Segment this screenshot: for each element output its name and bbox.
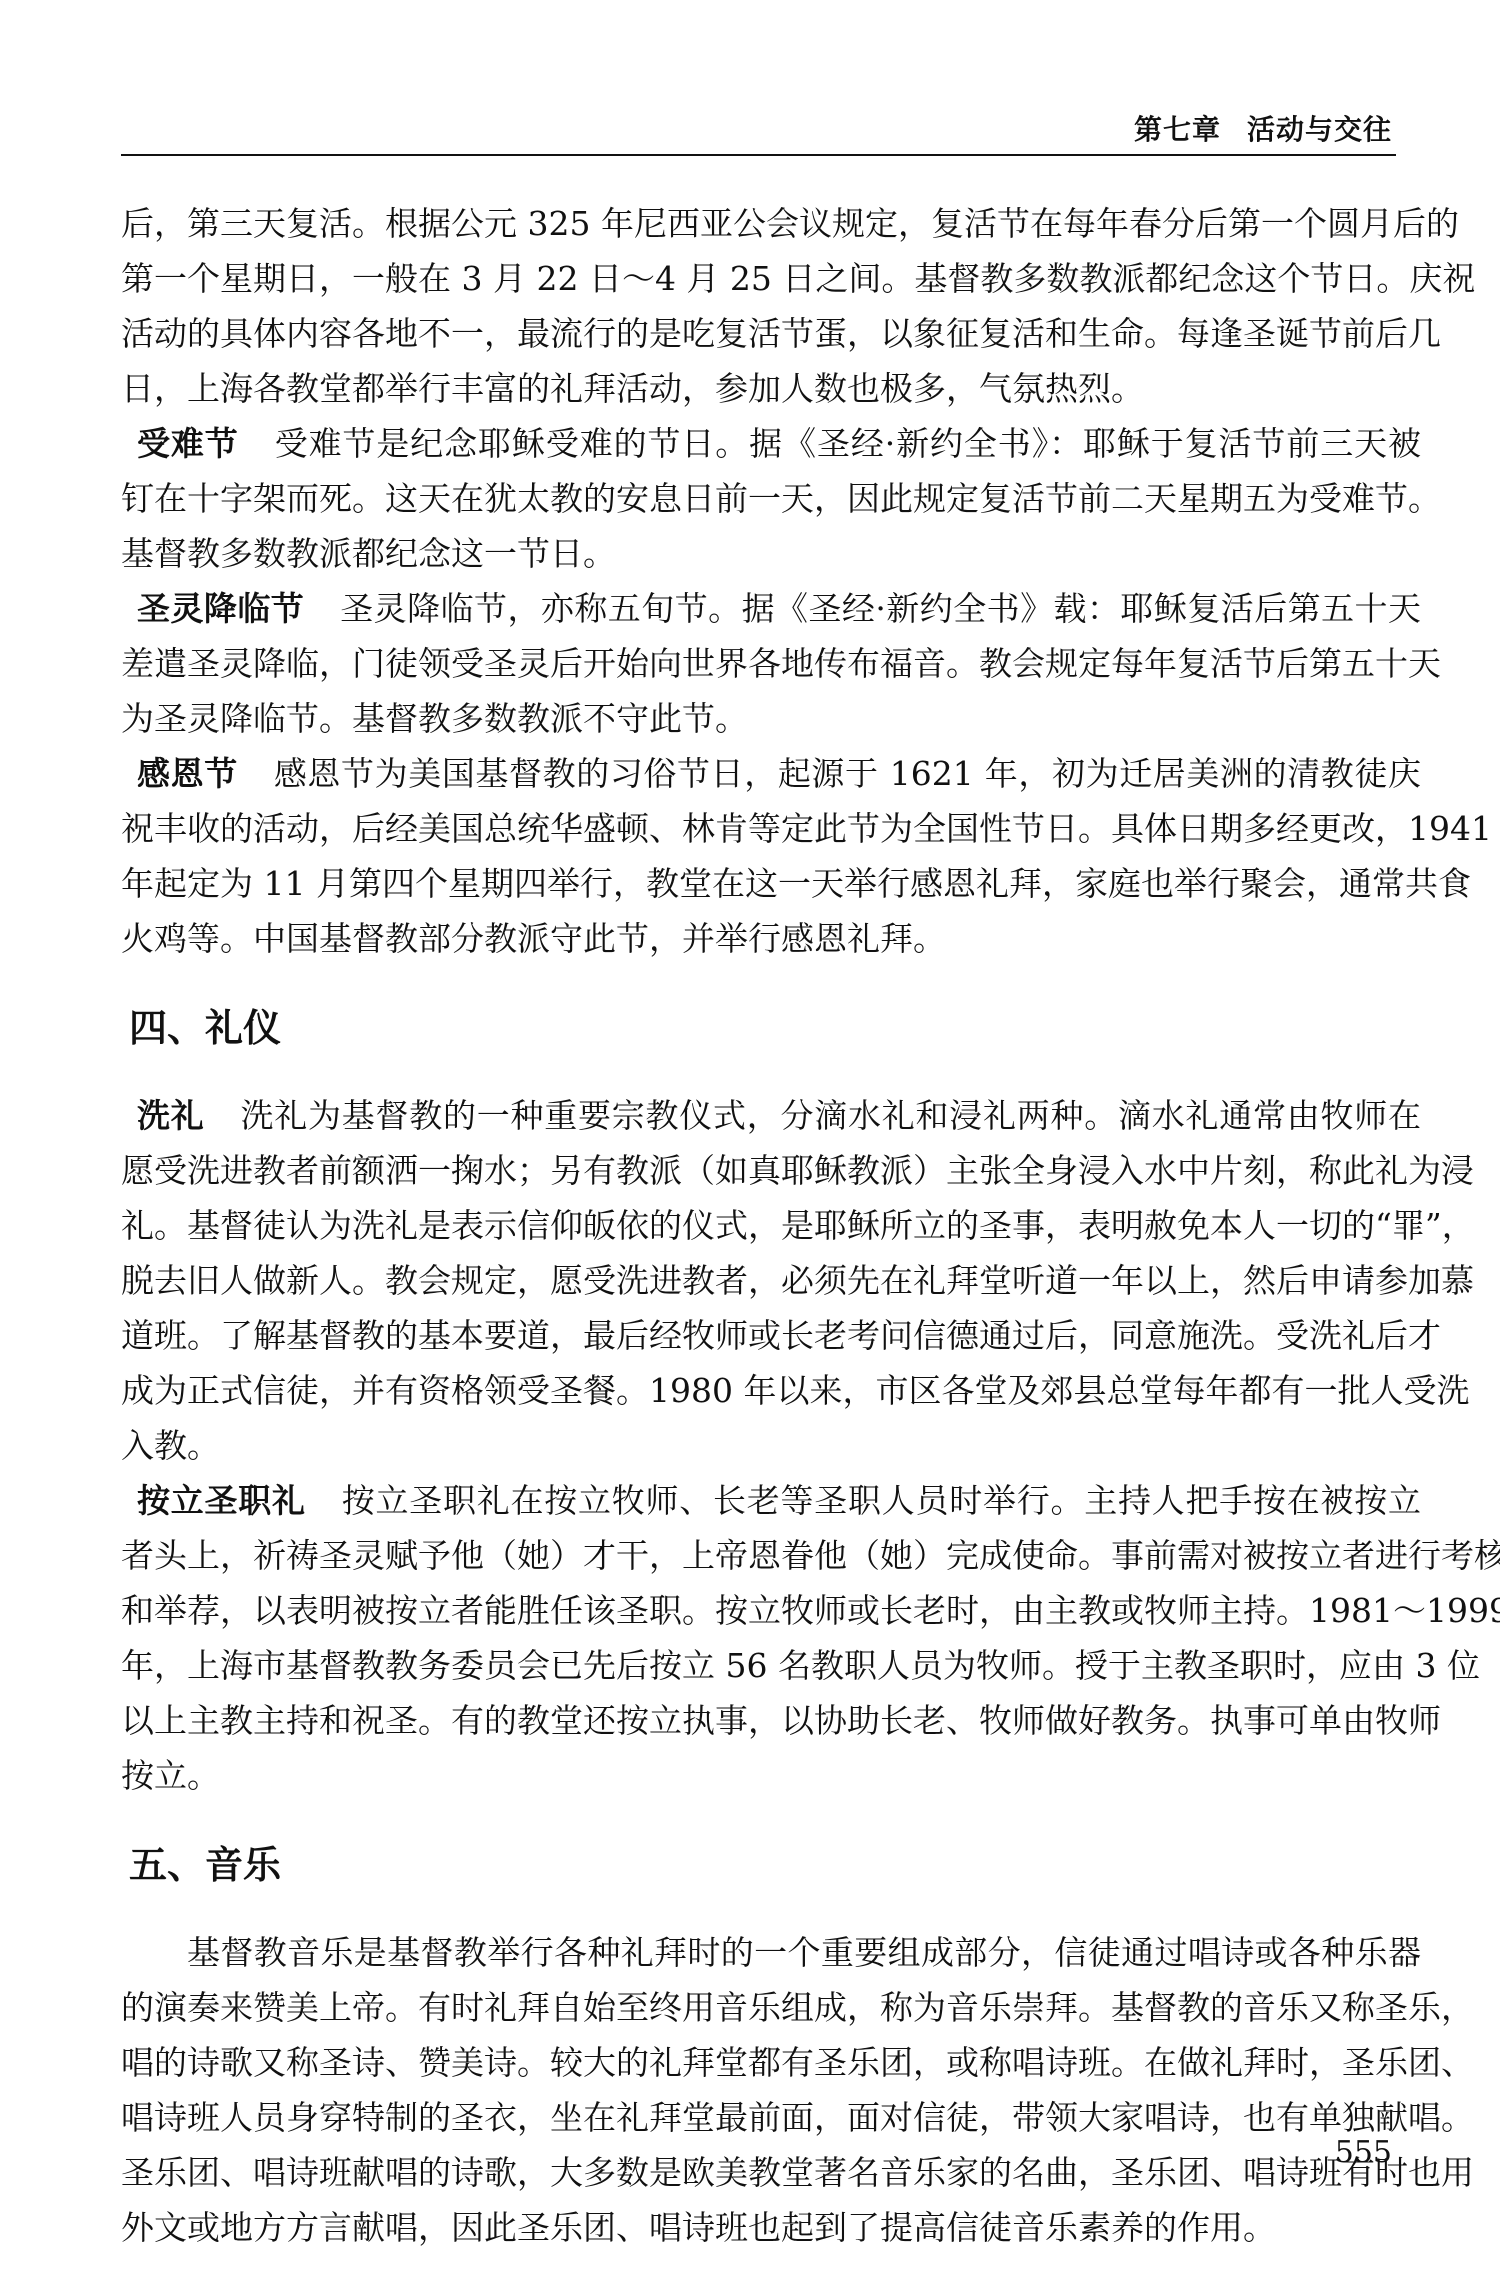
paragraph-thanksgiving: 感恩节感恩节为美国基督教的习俗节日，起源于 1621 年，初为迁居美洲的清教徒庆… [121,746,1421,966]
text-line: 圣灵降临节，亦称五旬节。据《圣经·新约全书》载：耶稣复活后第五十天 [340,589,1421,628]
text-line: 基督教多数教派都纪念这一节日。 [121,526,1421,581]
paragraph-easter-continued: 后，第三天复活。根据公元 325 年尼西亚公会议规定，复活节在每年春分后第一个圆… [121,196,1421,416]
term-heading: 受难节 [137,424,239,463]
text-line: 唱的诗歌又称圣诗、赞美诗。较大的礼拜堂都有圣乐团，或称唱诗班。在做礼拜时，圣乐团… [121,2035,1421,2090]
text-line: 唱诗班人员身穿特制的圣衣，坐在礼拜堂最前面，面对信徒，带领大家唱诗，也有单独献唱… [121,2090,1421,2145]
text-line: 圣乐团、唱诗班献唱的诗歌，大多数是欧美教堂著名音乐家的名曲，圣乐团、唱诗班有时也… [121,2145,1421,2200]
term-heading: 感恩节 [137,754,238,793]
chapter-title: 活动与交往 [1247,108,1392,148]
text-line: 感恩节为美国基督教的习俗节日，起源于 1621 年，初为迁居美洲的清教徒庆 [274,754,1421,793]
paragraph-ordination: 按立圣职礼按立圣职礼在按立牧师、长老等圣职人员时举行。主持人把手按在被按立 者头… [121,1473,1421,1803]
chapter-number: 第七章 [1134,108,1221,148]
text-line: 钉在十字架而死。这天在犹太教的安息日前一天，因此规定复活节前二天星期五为受难节。 [121,471,1421,526]
text-line: 年，上海市基督教教务委员会已先后按立 56 名教职人员为牧师。授于主教圣职时，应… [121,1638,1421,1693]
section-heading-music: 五、音乐 [121,1825,1421,1905]
text-line: 火鸡等。中国基督教部分教派守此节，并举行感恩礼拜。 [121,911,1421,966]
text-line: 和举荐，以表明被按立者能胜任该圣职。按立牧师或长老时，由主教或牧师主持。1981… [121,1583,1421,1638]
text-line: 活动的具体内容各地不一，最流行的是吃复活节蛋，以象征复活和生命。每逢圣诞节前后几 [121,306,1421,361]
text-line: 的演奏来赞美上帝。有时礼拜自始至终用音乐组成，称为音乐崇拜。基督教的音乐又称圣乐… [121,1980,1421,2035]
text-line: 以上主教主持和祝圣。有的教堂还按立执事，以协助长老、牧师做好教务。执事可单由牧师 [121,1693,1421,1748]
header-rule [121,154,1396,156]
paragraph-pentecost: 圣灵降临节圣灵降临节，亦称五旬节。据《圣经·新约全书》载：耶稣复活后第五十天 差… [121,581,1421,746]
text-line: 后，第三天复活。根据公元 325 年尼西亚公会议规定，复活节在每年春分后第一个圆… [121,196,1421,251]
paragraph-good-friday: 受难节受难节是纪念耶稣受难的节日。据《圣经·新约全书》：耶稣于复活节前三天被 钉… [121,416,1421,581]
text-line: 祝丰收的活动，后经美国总统华盛顿、林肯等定此节为全国性节日。具体日期多经更改，1… [121,801,1421,856]
text-line: 外文或地方方言献唱，因此圣乐团、唱诗班也起到了提高信徒音乐素养的作用。 [121,2200,1421,2255]
term-heading: 洗礼 [137,1096,205,1135]
paragraph-baptism: 洗礼洗礼为基督教的一种重要宗教仪式，分滴水礼和浸礼两种。滴水礼通常由牧师在 愿受… [121,1088,1421,1473]
running-header: 第七章活动与交往 [1134,108,1392,148]
text-line: 礼。基督徒认为洗礼是表示信仰皈依的仪式，是耶稣所立的圣事，表明赦免本人一切的“罪… [121,1198,1421,1253]
page-number: 555 [1335,2135,1392,2170]
paragraph-music: 基督教音乐是基督教举行各种礼拜时的一个重要组成部分，信徒通过唱诗或各种乐器 的演… [121,1925,1421,2255]
section-heading-rites: 四、礼仪 [121,988,1421,1068]
text-line: 洗礼为基督教的一种重要宗教仪式，分滴水礼和浸礼两种。滴水礼通常由牧师在 [241,1096,1422,1135]
page-body: 后，第三天复活。根据公元 325 年尼西亚公会议规定，复活节在每年春分后第一个圆… [121,196,1421,2255]
text-line: 按立圣职礼在按立牧师、长老等圣职人员时举行。主持人把手按在被按立 [342,1481,1421,1520]
text-line: 者头上，祈祷圣灵赋予他（她）才干，上帝恩眷他（她）完成使命。事前需对被按立者进行… [121,1528,1421,1583]
term-heading: 圣灵降临节 [137,589,304,628]
text-line: 为圣灵降临节。基督教多数教派不守此节。 [121,691,1421,746]
text-line: 按立。 [121,1748,1421,1803]
text-line: 日，上海各教堂都举行丰富的礼拜活动，参加人数也极多，气氛热烈。 [121,361,1421,416]
text-line: 脱去旧人做新人。教会规定，愿受洗进教者，必须先在礼拜堂听道一年以上，然后申请参加… [121,1253,1421,1308]
text-line: 年起定为 11 月第四个星期四举行，教堂在这一天举行感恩礼拜，家庭也举行聚会，通… [121,856,1421,911]
text-line: 道班。了解基督教的基本要道，最后经牧师或长老考问信德通过后，同意施洗。受洗礼后才 [121,1308,1421,1363]
text-line: 受难节是纪念耶稣受难的节日。据《圣经·新约全书》：耶稣于复活节前三天被 [275,424,1421,463]
term-heading: 按立圣职礼 [137,1481,306,1520]
text-line: 入教。 [121,1418,1421,1473]
text-line: 第一个星期日，一般在 3 月 22 日～4 月 25 日之间。基督教多数教派都纪… [121,251,1421,306]
text-line: 愿受洗进教者前额洒一掬水；另有教派（如真耶稣教派）主张全身浸入水中片刻，称此礼为… [121,1143,1421,1198]
text-line: 基督教音乐是基督教举行各种礼拜时的一个重要组成部分，信徒通过唱诗或各种乐器 [121,1925,1421,1980]
text-line: 差遣圣灵降临，门徒领受圣灵后开始向世界各地传布福音。教会规定每年复活节后第五十天 [121,636,1421,691]
text-line: 成为正式信徒，并有资格领受圣餐。1980 年以来，市区各堂及郊县总堂每年都有一批… [121,1363,1421,1418]
